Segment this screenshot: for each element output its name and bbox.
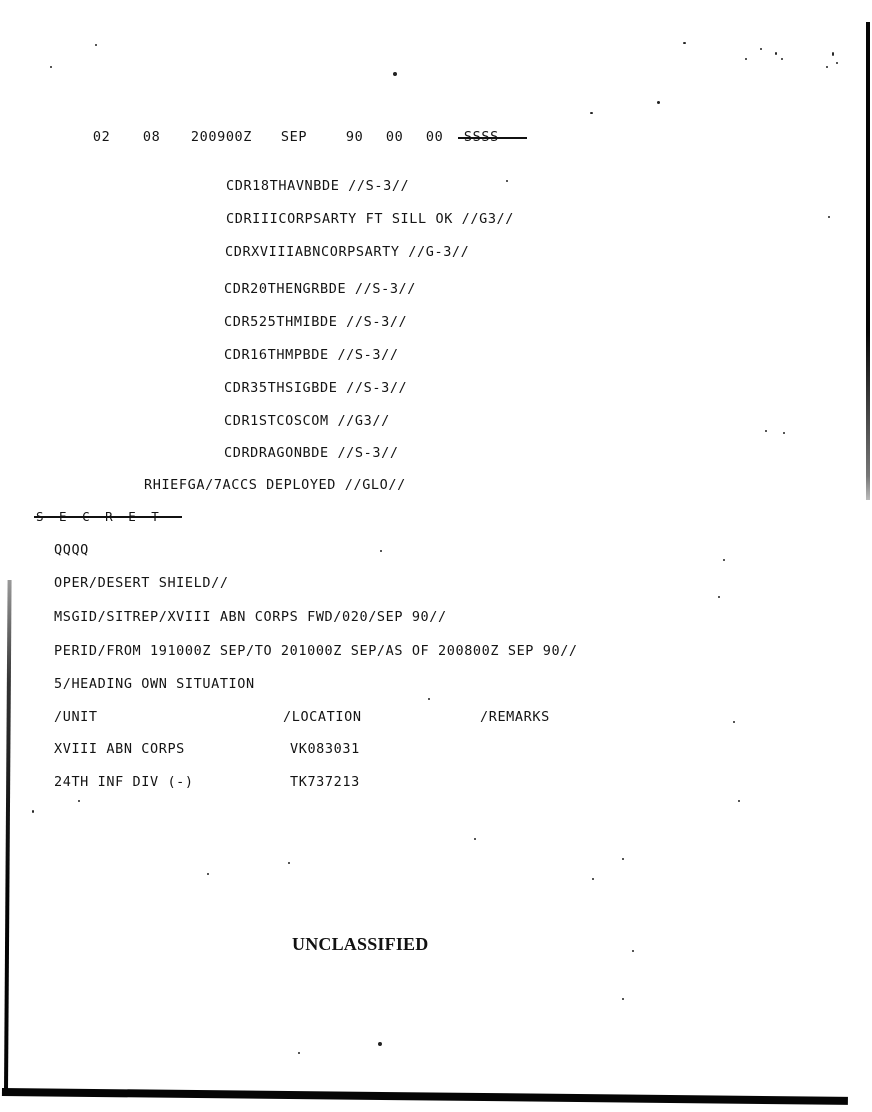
addressee-line: CDR35THSIGBDE //S-3// bbox=[224, 380, 407, 396]
scan-speck bbox=[783, 432, 785, 434]
scan-speck bbox=[32, 810, 34, 813]
column-header-unit: /UNIT bbox=[54, 709, 98, 725]
table-row-unit: XVIII ABN CORPS bbox=[54, 741, 185, 757]
header-field: 08 bbox=[143, 129, 191, 145]
scan-speck bbox=[95, 44, 97, 46]
scan-speck bbox=[474, 838, 476, 840]
scan-speck bbox=[733, 721, 735, 723]
addressee-line: CDR16THMPBDE //S-3// bbox=[224, 347, 399, 363]
scan-speck bbox=[378, 1042, 382, 1046]
scan-speck bbox=[632, 950, 634, 952]
scan-speck bbox=[207, 873, 209, 875]
scan-speck bbox=[380, 550, 382, 552]
scan-speck bbox=[683, 42, 686, 44]
scan-speck bbox=[760, 48, 762, 50]
header-field: 00 bbox=[386, 129, 426, 145]
scan-speck bbox=[590, 112, 593, 114]
header-field: 200900Z bbox=[191, 129, 281, 145]
qqqq-line: QQQQ bbox=[54, 542, 89, 558]
scan-speck bbox=[657, 101, 660, 104]
scan-speck bbox=[781, 58, 783, 60]
scan-speck bbox=[738, 800, 740, 802]
msgid-line: MSGID/SITREP/XVIII ABN CORPS FWD/020/SEP… bbox=[54, 609, 447, 625]
scan-speck bbox=[836, 62, 838, 64]
scan-speck bbox=[622, 858, 624, 860]
scan-speck bbox=[393, 72, 397, 76]
header-field: 02 bbox=[93, 129, 143, 145]
scan-speck bbox=[298, 1052, 300, 1054]
addressee-line: CDR18THAVNBDE //S-3// bbox=[226, 178, 409, 194]
scan-speck bbox=[622, 998, 624, 1000]
header-field: SEP bbox=[281, 129, 346, 145]
scan-speck bbox=[765, 430, 767, 432]
addressee-line: CDRDRAGONBDE //S-3// bbox=[224, 445, 399, 461]
scan-speck bbox=[50, 66, 52, 68]
addressee-line: CDRIIICORPSARTY FT SILL OK //G3// bbox=[226, 211, 514, 227]
addressee-line: CDR1STCOSCOM //G3// bbox=[224, 413, 390, 429]
scan-speck bbox=[428, 698, 430, 700]
heading-line: 5/HEADING OWN SITUATION bbox=[54, 676, 255, 692]
addressee-line: CDR525THMIBDE //S-3// bbox=[224, 314, 407, 330]
addressee-line: CDRXVIIIABNCORPSARTY //G-3// bbox=[225, 244, 469, 260]
document-page: 0208200900ZSEP900000SSSS CDR18THAVNBDE /… bbox=[0, 0, 872, 1112]
scan-speck bbox=[832, 52, 834, 56]
oper-line: OPER/DESERT SHIELD// bbox=[54, 575, 229, 591]
scan-speck bbox=[592, 878, 594, 880]
scan-speck bbox=[775, 52, 777, 55]
column-header-location: /LOCATION bbox=[283, 709, 362, 725]
scan-speck bbox=[828, 216, 830, 218]
scan-speck bbox=[506, 180, 508, 182]
scan-speck bbox=[826, 66, 828, 68]
message-header: 0208200900ZSEP900000SSSS bbox=[58, 113, 499, 161]
classification-footer: UNCLASSIFIED bbox=[292, 934, 428, 955]
info-addressee: RHIEFGA/7ACCS DEPLOYED //GLO// bbox=[144, 477, 406, 493]
scan-border-left bbox=[4, 580, 12, 1092]
table-row-unit: 24TH INF DIV (-) bbox=[54, 774, 194, 790]
perid-line: PERID/FROM 191000Z SEP/TO 201000Z SEP/AS… bbox=[54, 643, 578, 659]
scan-speck bbox=[718, 596, 720, 598]
scan-border-right bbox=[866, 22, 870, 500]
scan-speck bbox=[745, 58, 747, 60]
table-row-location: VK083031 bbox=[290, 741, 360, 757]
strikethrough-line bbox=[34, 516, 182, 518]
table-row-location: TK737213 bbox=[290, 774, 360, 790]
scan-speck bbox=[723, 559, 725, 561]
column-header-remarks: /REMARKS bbox=[480, 709, 550, 725]
scan-border-bottom bbox=[2, 1088, 848, 1105]
addressee-line: CDR20THENGRBDE //S-3// bbox=[224, 281, 416, 297]
scan-speck bbox=[78, 800, 80, 802]
header-field: 90 bbox=[346, 129, 386, 145]
struck-code: SSSS bbox=[464, 129, 499, 145]
scan-speck bbox=[288, 862, 290, 864]
